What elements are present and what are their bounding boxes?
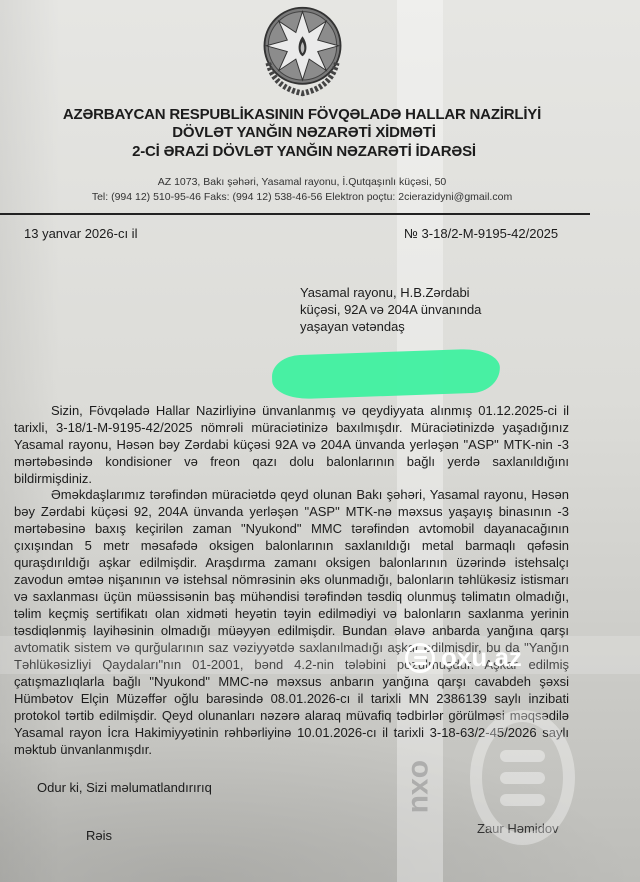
letterhead-ministry: AZƏRBAYCAN RESPUBLİKASININ FÖVQƏLADƏ HAL… (0, 106, 622, 123)
watermark-large-logo-icon (470, 710, 575, 845)
letterhead-address: AZ 1073, Bakı şəhəri, Yasamal rayonu, İ.… (0, 176, 622, 188)
watermark: oxu.az (405, 642, 522, 673)
letterhead-department: 2-Cİ ƏRAZİ DÖVLƏT YANĞIN NƏZARƏTİ İDARƏS… (0, 143, 624, 160)
signature-title: Rəis (86, 828, 112, 843)
body-paragraph: Sizin, Fövqəladə Hallar Nazirliyinə ünva… (14, 402, 569, 487)
header-divider (0, 213, 590, 215)
letter-date: 13 yanvar 2026-cı il (24, 226, 137, 241)
recipient-block: Yasamal rayonu, H.B.Zərdabi küçəsi, 92A … (300, 284, 530, 335)
azerbaijan-emblem-icon (255, 4, 350, 99)
letterhead-service: DÖVLƏT YANĞIN NƏZARƏTİ XİDMƏTİ (0, 124, 624, 141)
reference-number: № 3-18/2-M-9195-42/2025 (404, 226, 558, 241)
recipient-line: Yasamal rayonu, H.B.Zərdabi (300, 284, 530, 301)
redaction-mark (271, 348, 500, 400)
watermark-vertical-text: oxu (404, 760, 438, 813)
letterhead-contacts: Tel: (994 12) 510-95-46 Faks: (994 12) 5… (0, 191, 622, 203)
oxu-logo-icon (405, 643, 435, 673)
body-paragraph: Əməkdaşlarımız tərəfindən müraciətdə qey… (14, 486, 569, 758)
closing-line: Odur ki, Sizi məlumatlandırırıq (37, 780, 212, 795)
recipient-line: yaşayan vətəndaş (300, 318, 530, 335)
watermark-text: oxu.az (441, 642, 522, 673)
recipient-line: küçəsi, 92A və 204A ünvanında (300, 301, 530, 318)
